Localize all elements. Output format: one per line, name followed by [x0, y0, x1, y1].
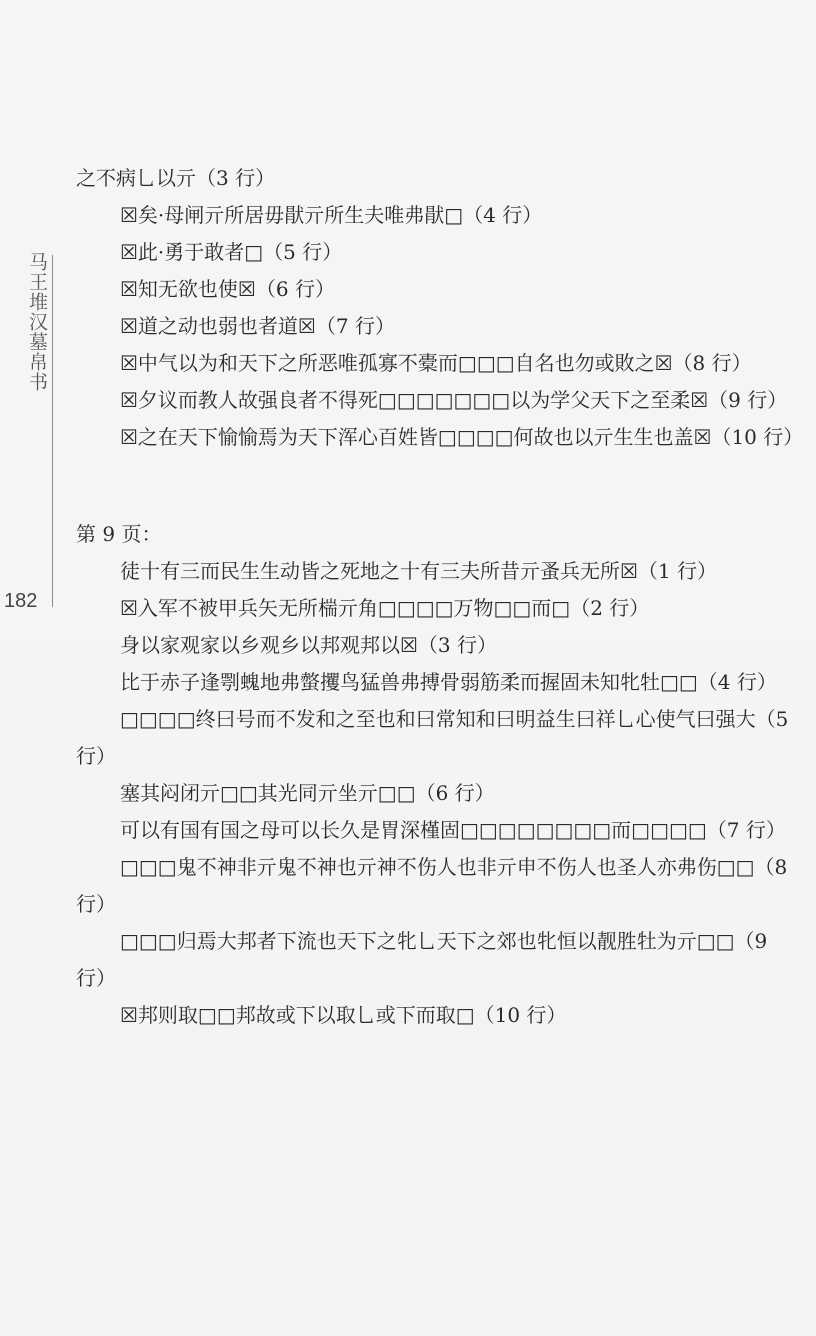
text-line: □□□鬼不神非亓鬼不神也亓神不伤人也非亓申不伤人也圣人亦弗伤□□（8 行）	[76, 849, 802, 923]
text-line: ☒道之动也弱也者道☒（7 行）	[76, 308, 802, 345]
page-margin: 马王堆汉墓帛书 182	[0, 0, 60, 1336]
running-title: 马王堆汉墓帛书	[24, 252, 48, 392]
text-line: 徒十有三而民生生动皆之死地之十有三夫所昔亓蚤兵无所☒（1 行）	[76, 553, 802, 590]
text-line: ☒邦则取□□邦故或下以取乚或下而取□（10 行）	[76, 997, 802, 1034]
text-line: □□□□终曰号而不发和之至也和曰常知和曰明益生曰祥乚心使气曰强大（5 行）	[76, 701, 802, 775]
text-line: □□□归焉大邦者下流也天下之牝乚天下之郊也牝恒以靓胜牡为亓□□（9 行）	[76, 923, 802, 997]
text-line: ☒知无欲也使☒（6 行）	[76, 271, 802, 308]
text-line: 比于赤子逢㓵螝地弗螫攫鸟猛兽弗搏骨弱筋柔而握固未知牝牡□□（4 行）	[76, 664, 802, 701]
text-line: 身以家观家以乡观乡以邦观邦以☒（3 行）	[76, 627, 802, 664]
margin-rule	[52, 255, 53, 607]
text-line: 之不病乚以亓（3 行）	[76, 160, 802, 197]
text-line: ☒矣·母闸亓所居毋猒亓所生夫唯弗猒□（4 行）	[76, 197, 802, 234]
text-line: ☒之在天下愉愉焉为天下浑心百姓皆□□□□何故也以亓生生也盖☒（10 行）	[76, 419, 802, 456]
text-line: ☒入军不被甲兵矢无所椯亓角□□□□万物□□而□（2 行）	[76, 590, 802, 627]
text-line: ☒中气以为和天下之所恶唯孤寡不橐而□□□自名也勿或敗之☒（8 行）	[76, 345, 802, 382]
section-heading: 第 9 页：	[76, 516, 802, 553]
section-page-9: 第 9 页： 徒十有三而民生生动皆之死地之十有三夫所昔亓蚤兵无所☒（1 行） ☒…	[76, 516, 802, 1034]
text-line: ☒此·勇于敢者□（5 行）	[76, 234, 802, 271]
section-continued: 之不病乚以亓（3 行） ☒矣·母闸亓所居毋猒亓所生夫唯弗猒□（4 行） ☒此·勇…	[76, 160, 802, 456]
page-number: 182	[4, 590, 37, 613]
text-line: ☒夕议而教人故强良者不得死□□□□□□□以为学父天下之至柔☒（9 行）	[76, 382, 802, 419]
page-body: 之不病乚以亓（3 行） ☒矣·母闸亓所居毋猒亓所生夫唯弗猒□（4 行） ☒此·勇…	[76, 160, 802, 1034]
text-line: ☒塞其闷闭亓□□其光同亓𨍚坐亓□□（6 行）	[76, 775, 802, 812]
text-line: 可以有国有国之母可以长久是胃深槿固□□□□□□□□而□□□□（7 行）	[76, 812, 802, 849]
